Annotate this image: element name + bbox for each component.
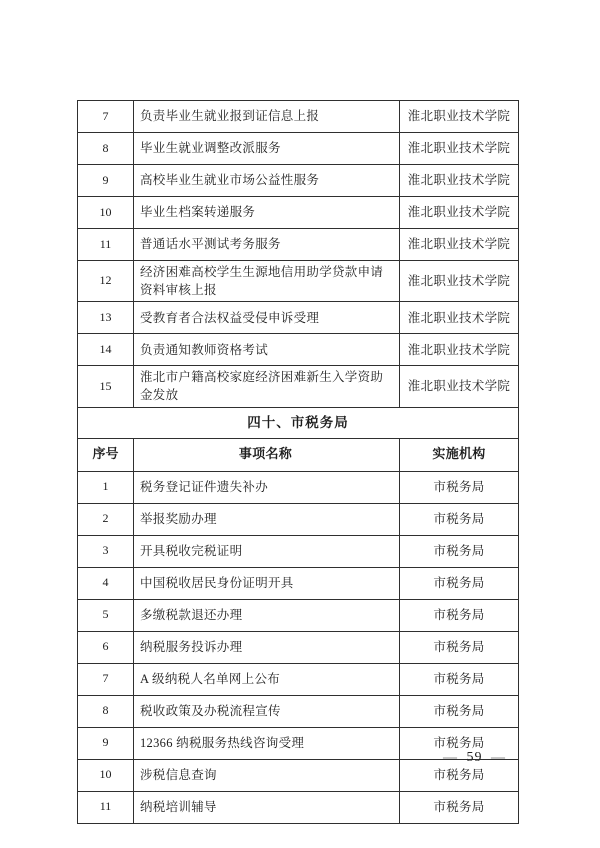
service-items-table: 7负责毕业生就业报到证信息上报淮北职业技术学院8毕业生就业调整改派服务淮北职业技… [77, 100, 519, 824]
item-name-cell: 12366 纳税服务热线咨询受理 [134, 727, 400, 759]
item-name-cell: 中国税收居民身份证明开具 [134, 567, 400, 599]
table-row: 13受教育者合法权益受侵申诉受理淮北职业技术学院 [78, 302, 519, 334]
org-cell: 市税务局 [400, 663, 519, 695]
row-number-cell: 2 [78, 503, 134, 535]
row-number-cell: 8 [78, 695, 134, 727]
org-cell: 市税务局 [400, 599, 519, 631]
org-cell: 市税务局 [400, 791, 519, 823]
item-name-cell: 毕业生就业调整改派服务 [134, 133, 400, 165]
org-cell: 淮北职业技术学院 [400, 133, 519, 165]
row-number-cell: 13 [78, 302, 134, 334]
item-name-cell: 开具税收完税证明 [134, 535, 400, 567]
table-row: 12经济困难高校学生生源地信用助学贷款申请资料审核上报淮北职业技术学院 [78, 261, 519, 302]
item-name-cell: 普通话水平测试考务服务 [134, 229, 400, 261]
table-row: 5多缴税款退还办理市税务局 [78, 599, 519, 631]
table-row: 3开具税收完税证明市税务局 [78, 535, 519, 567]
row-number-cell: 6 [78, 631, 134, 663]
org-cell: 市税务局 [400, 503, 519, 535]
org-cell: 淮北职业技术学院 [400, 261, 519, 302]
org-cell: 市税务局 [400, 631, 519, 663]
row-number-cell: 9 [78, 727, 134, 759]
table-body: 7负责毕业生就业报到证信息上报淮北职业技术学院8毕业生就业调整改派服务淮北职业技… [78, 101, 519, 824]
item-name-cell: 税务登记证件遗失补办 [134, 471, 400, 503]
row-number-cell: 11 [78, 229, 134, 261]
org-cell: 淮北职业技术学院 [400, 101, 519, 133]
column-header-org: 实施机构 [400, 438, 519, 471]
row-number-cell: 9 [78, 165, 134, 197]
item-name-cell: 经济困难高校学生生源地信用助学贷款申请资料审核上报 [134, 261, 400, 302]
table-row: 7A 级纳税人名单网上公布市税务局 [78, 663, 519, 695]
section-title: 四十、市税务局 [78, 407, 519, 438]
column-header-name: 事项名称 [134, 438, 400, 471]
page-number: 59 [467, 750, 483, 765]
org-cell: 淮北职业技术学院 [400, 366, 519, 407]
org-cell: 淮北职业技术学院 [400, 334, 519, 366]
table-row: 8税收政策及办税流程宣传市税务局 [78, 695, 519, 727]
table-row: 1税务登记证件遗失补办市税务局 [78, 471, 519, 503]
row-number-cell: 10 [78, 197, 134, 229]
item-name-cell: 高校毕业生就业市场公益性服务 [134, 165, 400, 197]
table-header-row: 序号事项名称实施机构 [78, 438, 519, 471]
table-row: 7负责毕业生就业报到证信息上报淮北职业技术学院 [78, 101, 519, 133]
org-cell: 淮北职业技术学院 [400, 165, 519, 197]
row-number-cell: 7 [78, 101, 134, 133]
row-number-cell: 12 [78, 261, 134, 302]
item-name-cell: 多缴税款退还办理 [134, 599, 400, 631]
row-number-cell: 5 [78, 599, 134, 631]
table-row: 10毕业生档案转递服务淮北职业技术学院 [78, 197, 519, 229]
table-row: 4中国税收居民身份证明开具市税务局 [78, 567, 519, 599]
row-number-cell: 1 [78, 471, 134, 503]
table-row: 8毕业生就业调整改派服务淮北职业技术学院 [78, 133, 519, 165]
org-cell: 市税务局 [400, 471, 519, 503]
document-page: 7负责毕业生就业报到证信息上报淮北职业技术学院8毕业生就业调整改派服务淮北职业技… [0, 0, 600, 848]
row-number-cell: 14 [78, 334, 134, 366]
table-row: 9高校毕业生就业市场公益性服务淮北职业技术学院 [78, 165, 519, 197]
item-name-cell: 纳税服务投诉办理 [134, 631, 400, 663]
org-cell: 淮北职业技术学院 [400, 302, 519, 334]
row-number-cell: 4 [78, 567, 134, 599]
item-name-cell: 涉税信息查询 [134, 759, 400, 791]
org-cell: 市税务局 [400, 535, 519, 567]
table-row: 15淮北市户籍高校家庭经济困难新生入学资助金发放淮北职业技术学院 [78, 366, 519, 407]
item-name-cell: 负责通知教师资格考试 [134, 334, 400, 366]
column-header-no: 序号 [78, 438, 134, 471]
page-footer: — 59 — [439, 750, 510, 766]
footer-dash-right: — [491, 750, 506, 765]
row-number-cell: 11 [78, 791, 134, 823]
org-cell: 淮北职业技术学院 [400, 229, 519, 261]
section-title-row: 四十、市税务局 [78, 407, 519, 438]
org-cell: 淮北职业技术学院 [400, 197, 519, 229]
org-cell: 市税务局 [400, 567, 519, 599]
item-name-cell: 纳税培训辅导 [134, 791, 400, 823]
item-name-cell: 负责毕业生就业报到证信息上报 [134, 101, 400, 133]
footer-dash-left: — [443, 750, 458, 765]
table-row: 6纳税服务投诉办理市税务局 [78, 631, 519, 663]
row-number-cell: 7 [78, 663, 134, 695]
item-name-cell: 受教育者合法权益受侵申诉受理 [134, 302, 400, 334]
table-row: 11纳税培训辅导市税务局 [78, 791, 519, 823]
row-number-cell: 8 [78, 133, 134, 165]
item-name-cell: 举报奖励办理 [134, 503, 400, 535]
item-name-cell: 毕业生档案转递服务 [134, 197, 400, 229]
item-name-cell: 淮北市户籍高校家庭经济困难新生入学资助金发放 [134, 366, 400, 407]
table-row: 11普通话水平测试考务服务淮北职业技术学院 [78, 229, 519, 261]
row-number-cell: 15 [78, 366, 134, 407]
row-number-cell: 3 [78, 535, 134, 567]
item-name-cell: A 级纳税人名单网上公布 [134, 663, 400, 695]
row-number-cell: 10 [78, 759, 134, 791]
table-row: 2举报奖励办理市税务局 [78, 503, 519, 535]
table-row: 14负责通知教师资格考试淮北职业技术学院 [78, 334, 519, 366]
org-cell: 市税务局 [400, 695, 519, 727]
item-name-cell: 税收政策及办税流程宣传 [134, 695, 400, 727]
